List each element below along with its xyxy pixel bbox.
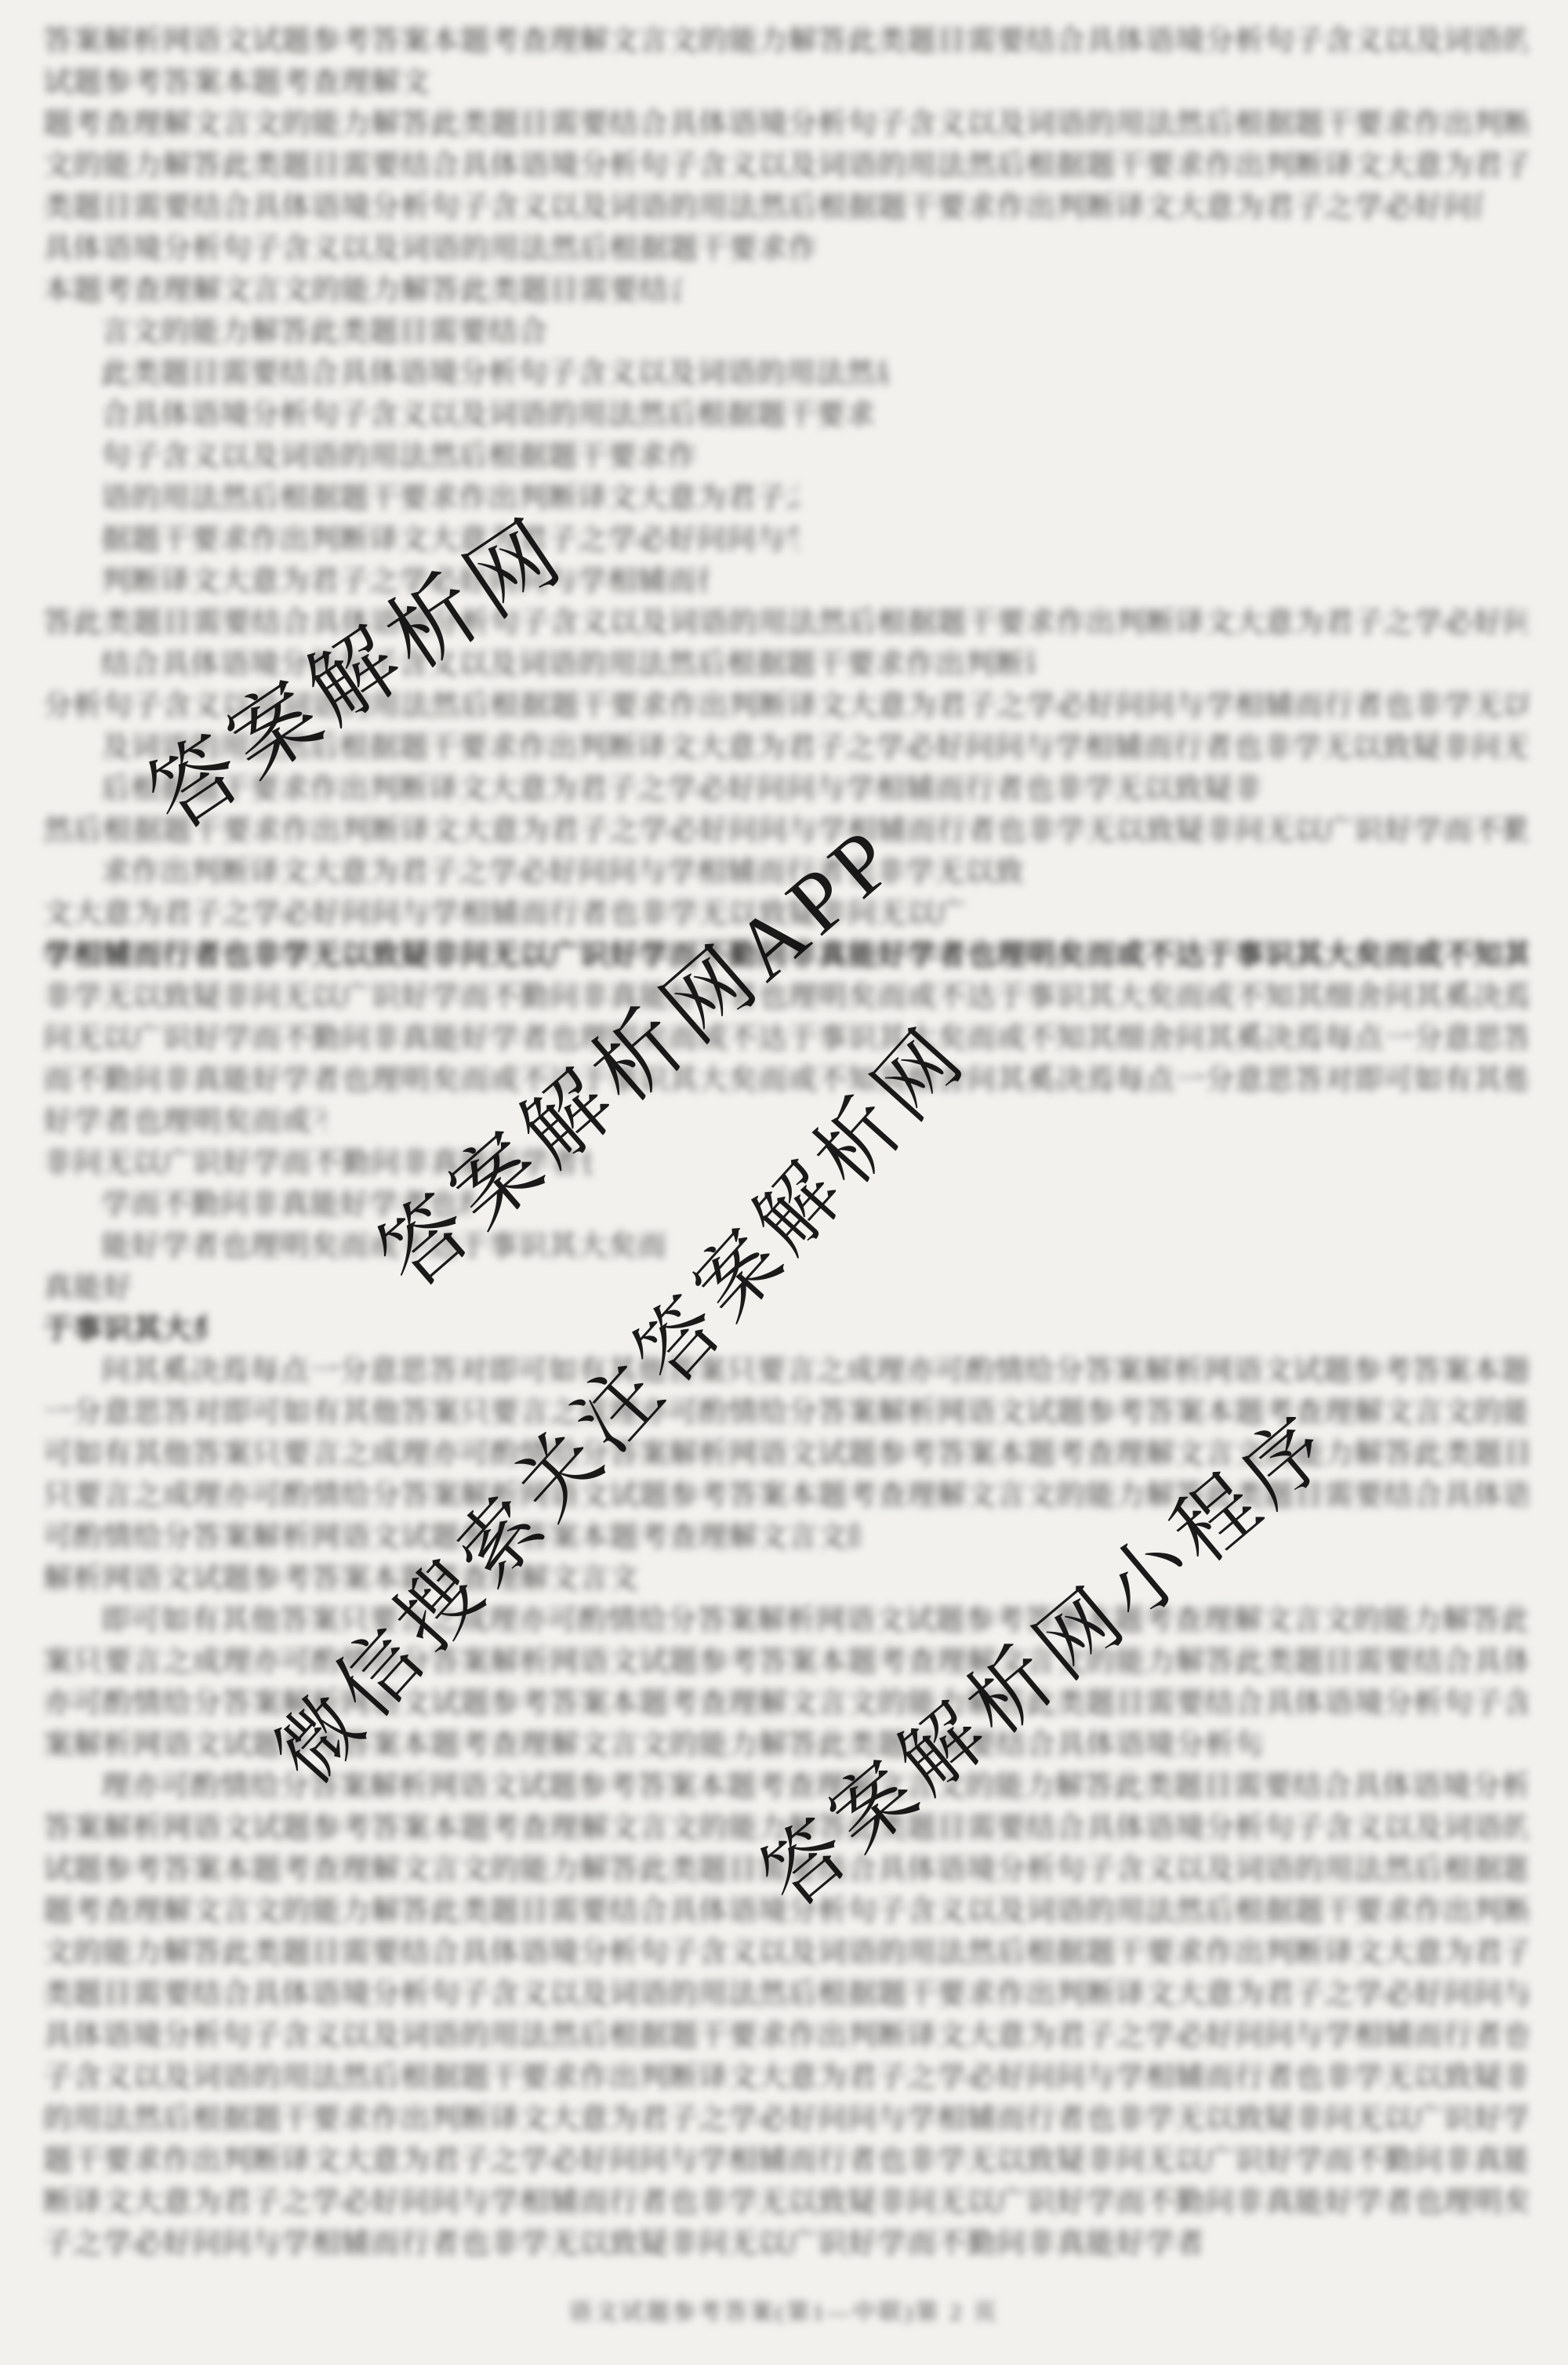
blurred-line-translation-para-2: 亦可酌情给分答案解析网语文试题参考答案本题考查理解文言文的能力解答此类题目需要结… (43, 1683, 1527, 1724)
blurred-line-translation-para-3: 题干要求作出判断译文大意为君子之学必好问问与学相辅而行者也非学无以致疑非问无以广… (43, 2140, 1527, 2182)
blurred-line-analysis-block: 而不勤问非真能好学者也理明矣而或不达于事识其大矣而或不知其细舍问其奚决焉每点一分… (43, 1059, 1527, 1101)
blurred-line-analysis-block: 问无以广识好学而不勤问非真能好学者也理明矣而或不达于事识其大矣而或不知其细舍问其… (43, 1018, 1527, 1059)
blurred-line-q18-answer: 结合具体语境分析句子含义以及词语的用法然后根据题干要求作出判断译文大意 (101, 644, 1036, 685)
blurred-line-q19-answer: 后根据题干要求作出判断译文大意为君子之学必好问问与学相辅而行者也非学无以致疑非问… (101, 768, 1259, 810)
blurred-line-translation-para-2: 案只要言之成理亦可酌情给分答案解析网语文试题参考答案本题考查理解文言文的能力解答… (43, 1641, 1527, 1683)
blurred-line-translation-para-1: 解析网语文试题参考答案本题考查理解文言文的能力 (43, 1558, 637, 1600)
blurred-line-translation-header: 于事识其大矣而或 (43, 1309, 206, 1350)
blurred-line-intro-paragraph: 类题目需要结合具体语境分析句子含义以及词语的用法然后根据题干要求作出判断译文大意… (43, 187, 1483, 228)
blurred-line-translation-para-3: 子之学必好问问与学相辅而行者也非学无以致疑非问无以广识好学而不勤问非真能好学者也… (43, 2223, 1201, 2265)
blurred-line-intro-paragraph: 文的能力解答此类题目需要结合具体语境分析句子含义以及词语的用法然后根据题干要求作… (43, 145, 1527, 187)
blurred-line-intro-paragraph: 答案解析网语文试题参考答案本题考查理解文言文的能力解答此类题目需要结合具体语境分… (43, 20, 1527, 62)
blurred-line-translation-para-2: 案解析网语文试题参考答案本题考查理解文言文的能力解答此类题目需要结合具体语境分析… (43, 1724, 1260, 1766)
blurred-line-q21-answer: 文大意为君子之学必好问问与学相辅而行者也非学无以致疑非问无以广识好学而 (43, 893, 964, 935)
blurred-line-q22-answer: 学而不勤问非真能好学者也理明矣 (101, 1184, 472, 1226)
blurred-line-translation-para-3: 的用法然后根据题干要求作出判断译文大意为君子之学必好问问与学相辅而行者也非学无以… (43, 2098, 1527, 2140)
blurred-line-translation-para-3: 子含义以及词语的用法然后根据题干要求作出判断译文大意为君子之学必好问问与学相辅而… (43, 2057, 1527, 2098)
blurred-body-text: 答案解析网语文试题参考答案本题考查理解文言文的能力解答此类题目需要结合具体语境分… (43, 20, 1527, 2265)
blurred-line-q17-answers: 本题考查理解文言文的能力解答此类题目需要结合具体语 (43, 270, 681, 311)
blurred-line-analysis-block: 非学无以致疑非问无以广识好学而不勤问非真能好学者也理明矣而或不达于事识其大矣而或… (43, 976, 1527, 1018)
blurred-line-translation-para-1: 一分意思答对即可如有其他答案只要言之成理亦可酌情给分答案解析网语文试题参考答案本… (43, 1392, 1527, 1433)
blurred-line-q23-answer: 真能好学者也 (43, 1267, 132, 1309)
blurred-line-translation-para-3: 文的能力解答此类题目需要结合具体语境分析句子含义以及词语的用法然后根据题干要求作… (43, 1932, 1527, 1974)
blurred-line-translation-para-3: 题考查理解文言文的能力解答此类题目需要结合具体语境分析句子含义以及词语的用法然后… (43, 1891, 1527, 1932)
blurred-line-q20-answer: 求作出判断译文大意为君子之学必好问问与学相辅而行者也非学无以致疑非问无 (101, 852, 1022, 893)
blurred-line-q19-answer: 及词语的用法然后根据题干要求作出判断译文大意为君子之学必好问问与学相辅而行者也非… (101, 727, 1527, 768)
blurred-line-translation-para-3: 试题参考答案本题考查理解文言文的能力解答此类题目需要结合具体语境分析句子含义以及… (43, 1849, 1527, 1891)
blurred-line-analysis-block: 好学者也理明矣而或不达于 (43, 1101, 325, 1143)
blurred-line-q17-answers: 语的用法然后根据题干要求作出判断译文大意为君子之学必好 (101, 478, 799, 519)
blurred-line-intro-paragraph: 题考查理解文言文的能力解答此类题目需要结合具体语境分析句子含义以及词语的用法然后… (43, 104, 1527, 145)
blurred-line-q17-answers: 据题干要求作出判断译文大意为君子之学必好问问与学相辅而 (101, 519, 799, 561)
blurred-line-translation-para-3: 类题目需要结合具体语境分析句子含义以及词语的用法然后根据题干要求作出判断译文大意… (43, 1974, 1527, 2015)
blurred-line-q19-answer: 分析句子含义以及词语的用法然后根据题干要求作出判断译文大意为君子之学必好问问与学… (43, 685, 1527, 727)
blurred-line-q22-answer: 能好学者也理明矣而或不达于事识其大矣而或不知 (101, 1226, 665, 1267)
blurred-line-translation-para-3: 具体语境分析句子含义以及词语的用法然后根据题干要求作出判断译文大意为君子之学必好… (43, 2015, 1527, 2057)
page-footer: 语文试题参考答案(第1—中联)第 2 页 (0, 2294, 1568, 2327)
blurred-line-q17-answers: 合具体语境分析句子含义以及词语的用法然后根据题干要求作出判断 (101, 394, 873, 436)
blurred-line-q17-answers: 此类题目需要结合具体语境分析句子含义以及词语的用法然后根据题 (101, 353, 887, 394)
blurred-line-analysis-block: 学相辅而行者也非学无以致疑非问无以广识好学而不勤问非真能好学者也理明矣而或不达于… (43, 935, 1527, 976)
blurred-line-translation-para-1: 只要言之成理亦可酌情给分答案解析网语文试题参考答案本题考查理解文言文的能力解答此… (43, 1475, 1527, 1517)
blurred-line-intro-paragraph: 具体语境分析句子含义以及词语的用法然后根据题干要求作出判断译 (43, 228, 815, 270)
blurred-line-translation-para-1: 可酌情给分答案解析网语文试题参考答案本题考查理解文言文的能力解 (43, 1517, 859, 1558)
blurred-line-translation-para-3: 理亦可酌情给分答案解析网语文试题参考答案本题考查理解文言文的能力解答此类题目需要… (101, 1766, 1527, 1807)
blurred-line-translation-para-3: 答案解析网语文试题参考答案本题考查理解文言文的能力解答此类题目需要结合具体语境分… (43, 1807, 1527, 1849)
blurred-line-q17-answers: 判断译文大意为君子之学必好问问与学相辅而行者也非 (101, 561, 710, 602)
blurred-line-q20-answer: 然后根据题干要求作出判断译文大意为君子之学必好问问与学相辅而行者也非学无以致疑非… (43, 810, 1527, 852)
blurred-line-q18-answer: 答此类题目需要结合具体语境分析句子含义以及词语的用法然后根据题干要求作出判断译文… (43, 602, 1527, 644)
scanned-answer-sheet-page: 答案解析网语文试题参考答案本题考查理解文言文的能力解答此类题目需要结合具体语境分… (0, 0, 1568, 2365)
blurred-line-translation-para-3: 断译文大意为君子之学必好问问与学相辅而行者也非学无以致疑非问无以广识好学而不勤问… (43, 2182, 1527, 2223)
blurred-line-translation-para-1: 问其奚决焉每点一分意思答对即可如有其他答案只要言之成理亦可酌情给分答案解析网语文… (101, 1350, 1527, 1392)
blurred-line-q22-answer: 非问无以广识好学而不勤问非真能好学者也理明矣 (43, 1143, 592, 1184)
blurred-line-q17-answers: 句子含义以及词语的用法然后根据题干要求作出判断 (101, 436, 695, 478)
blurred-line-q17-answers: 言文的能力解答此类题目需要结合具体语 (101, 311, 546, 353)
blurred-line-translation-para-1: 可如有其他答案只要言之成理亦可酌情给分答案解析网语文试题参考答案本题考查理解文言… (43, 1433, 1527, 1475)
blurred-line-intro-paragraph: 试题参考答案本题考查理解文言文的 (43, 62, 429, 104)
blurred-line-translation-para-2: 即可如有其他答案只要言之成理亦可酌情给分答案解析网语文试题参考答案本题考查理解文… (101, 1600, 1527, 1641)
